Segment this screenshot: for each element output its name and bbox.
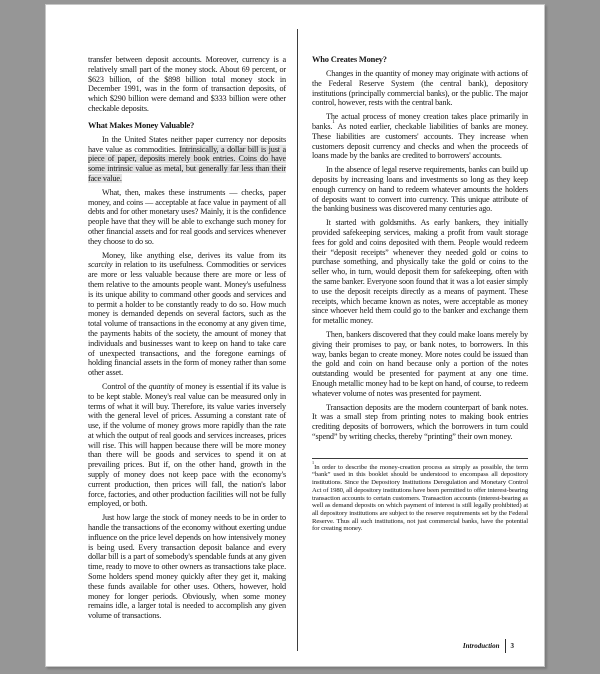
- paragraph: Control of the quantity of money is esse…: [88, 382, 286, 509]
- paragraph: Just how large the stock of money needs …: [88, 513, 286, 621]
- text-segment: Money, like anything else, derives its v…: [102, 251, 286, 260]
- paragraph: It started with goldsmiths. As early ban…: [312, 218, 528, 326]
- text-segment: Control of the: [102, 382, 149, 391]
- section-heading: What Makes Money Valuable?: [88, 121, 286, 131]
- column-divider: [297, 29, 298, 651]
- text-segment: As noted earlier, checkable liabilities …: [312, 122, 528, 160]
- right-column: Who Creates Money?Changes in the quantit…: [312, 55, 528, 537]
- paragraph: transfer between deposit accounts. Moreo…: [88, 55, 286, 114]
- page-footer: Introduction 3: [463, 639, 514, 653]
- document-page: transfer between deposit accounts. Moreo…: [45, 4, 545, 667]
- text-segment: Changes in the quantity of money may ori…: [312, 69, 528, 107]
- text-segment: It started with goldsmiths. As early ban…: [312, 218, 528, 325]
- left-column: transfer between deposit accounts. Moreo…: [88, 55, 286, 625]
- text-segment: Then, bankers discovered that they could…: [312, 330, 528, 398]
- text-segment: In order to describe the money-creation …: [312, 464, 528, 533]
- text-segment: What, then, makes these instruments — ch…: [88, 188, 286, 246]
- text-segment: transfer between deposit accounts. Moreo…: [88, 55, 286, 113]
- footer-separator: [505, 639, 506, 653]
- section-heading: Who Creates Money?: [312, 55, 528, 65]
- paragraph: Transaction deposits are the modern coun…: [312, 403, 528, 442]
- text-segment: quantity: [149, 382, 175, 391]
- paragraph: Money, like anything else, derives its v…: [88, 251, 286, 378]
- text-segment: 1: [332, 119, 335, 125]
- text-segment: of money is essential if its value is to…: [88, 382, 286, 509]
- paragraph: In the United States neither paper curre…: [88, 135, 286, 184]
- footnote: 1In order to describe the money-creation…: [312, 464, 528, 533]
- paragraph: Then, bankers discovered that they could…: [312, 330, 528, 399]
- text-segment: Transaction deposits are the modern coun…: [312, 403, 528, 441]
- text-segment: In the absence of legal reserve requirem…: [312, 165, 528, 213]
- text-segment: in relation to its usefulness. Commoditi…: [88, 260, 286, 377]
- text-segment: 1: [312, 460, 314, 465]
- footer-section-label: Introduction: [463, 642, 500, 650]
- text-segment: scarcity: [88, 260, 112, 269]
- footer-page-number: 3: [511, 642, 515, 650]
- text-segment: Just how large the stock of money needs …: [88, 513, 286, 620]
- paragraph: The actual process of money creation tak…: [312, 112, 528, 161]
- footnote-rule: [312, 458, 528, 459]
- paragraph: In the absence of legal reserve requirem…: [312, 165, 528, 214]
- paragraph: Changes in the quantity of money may ori…: [312, 69, 528, 108]
- paragraph: What, then, makes these instruments — ch…: [88, 188, 286, 247]
